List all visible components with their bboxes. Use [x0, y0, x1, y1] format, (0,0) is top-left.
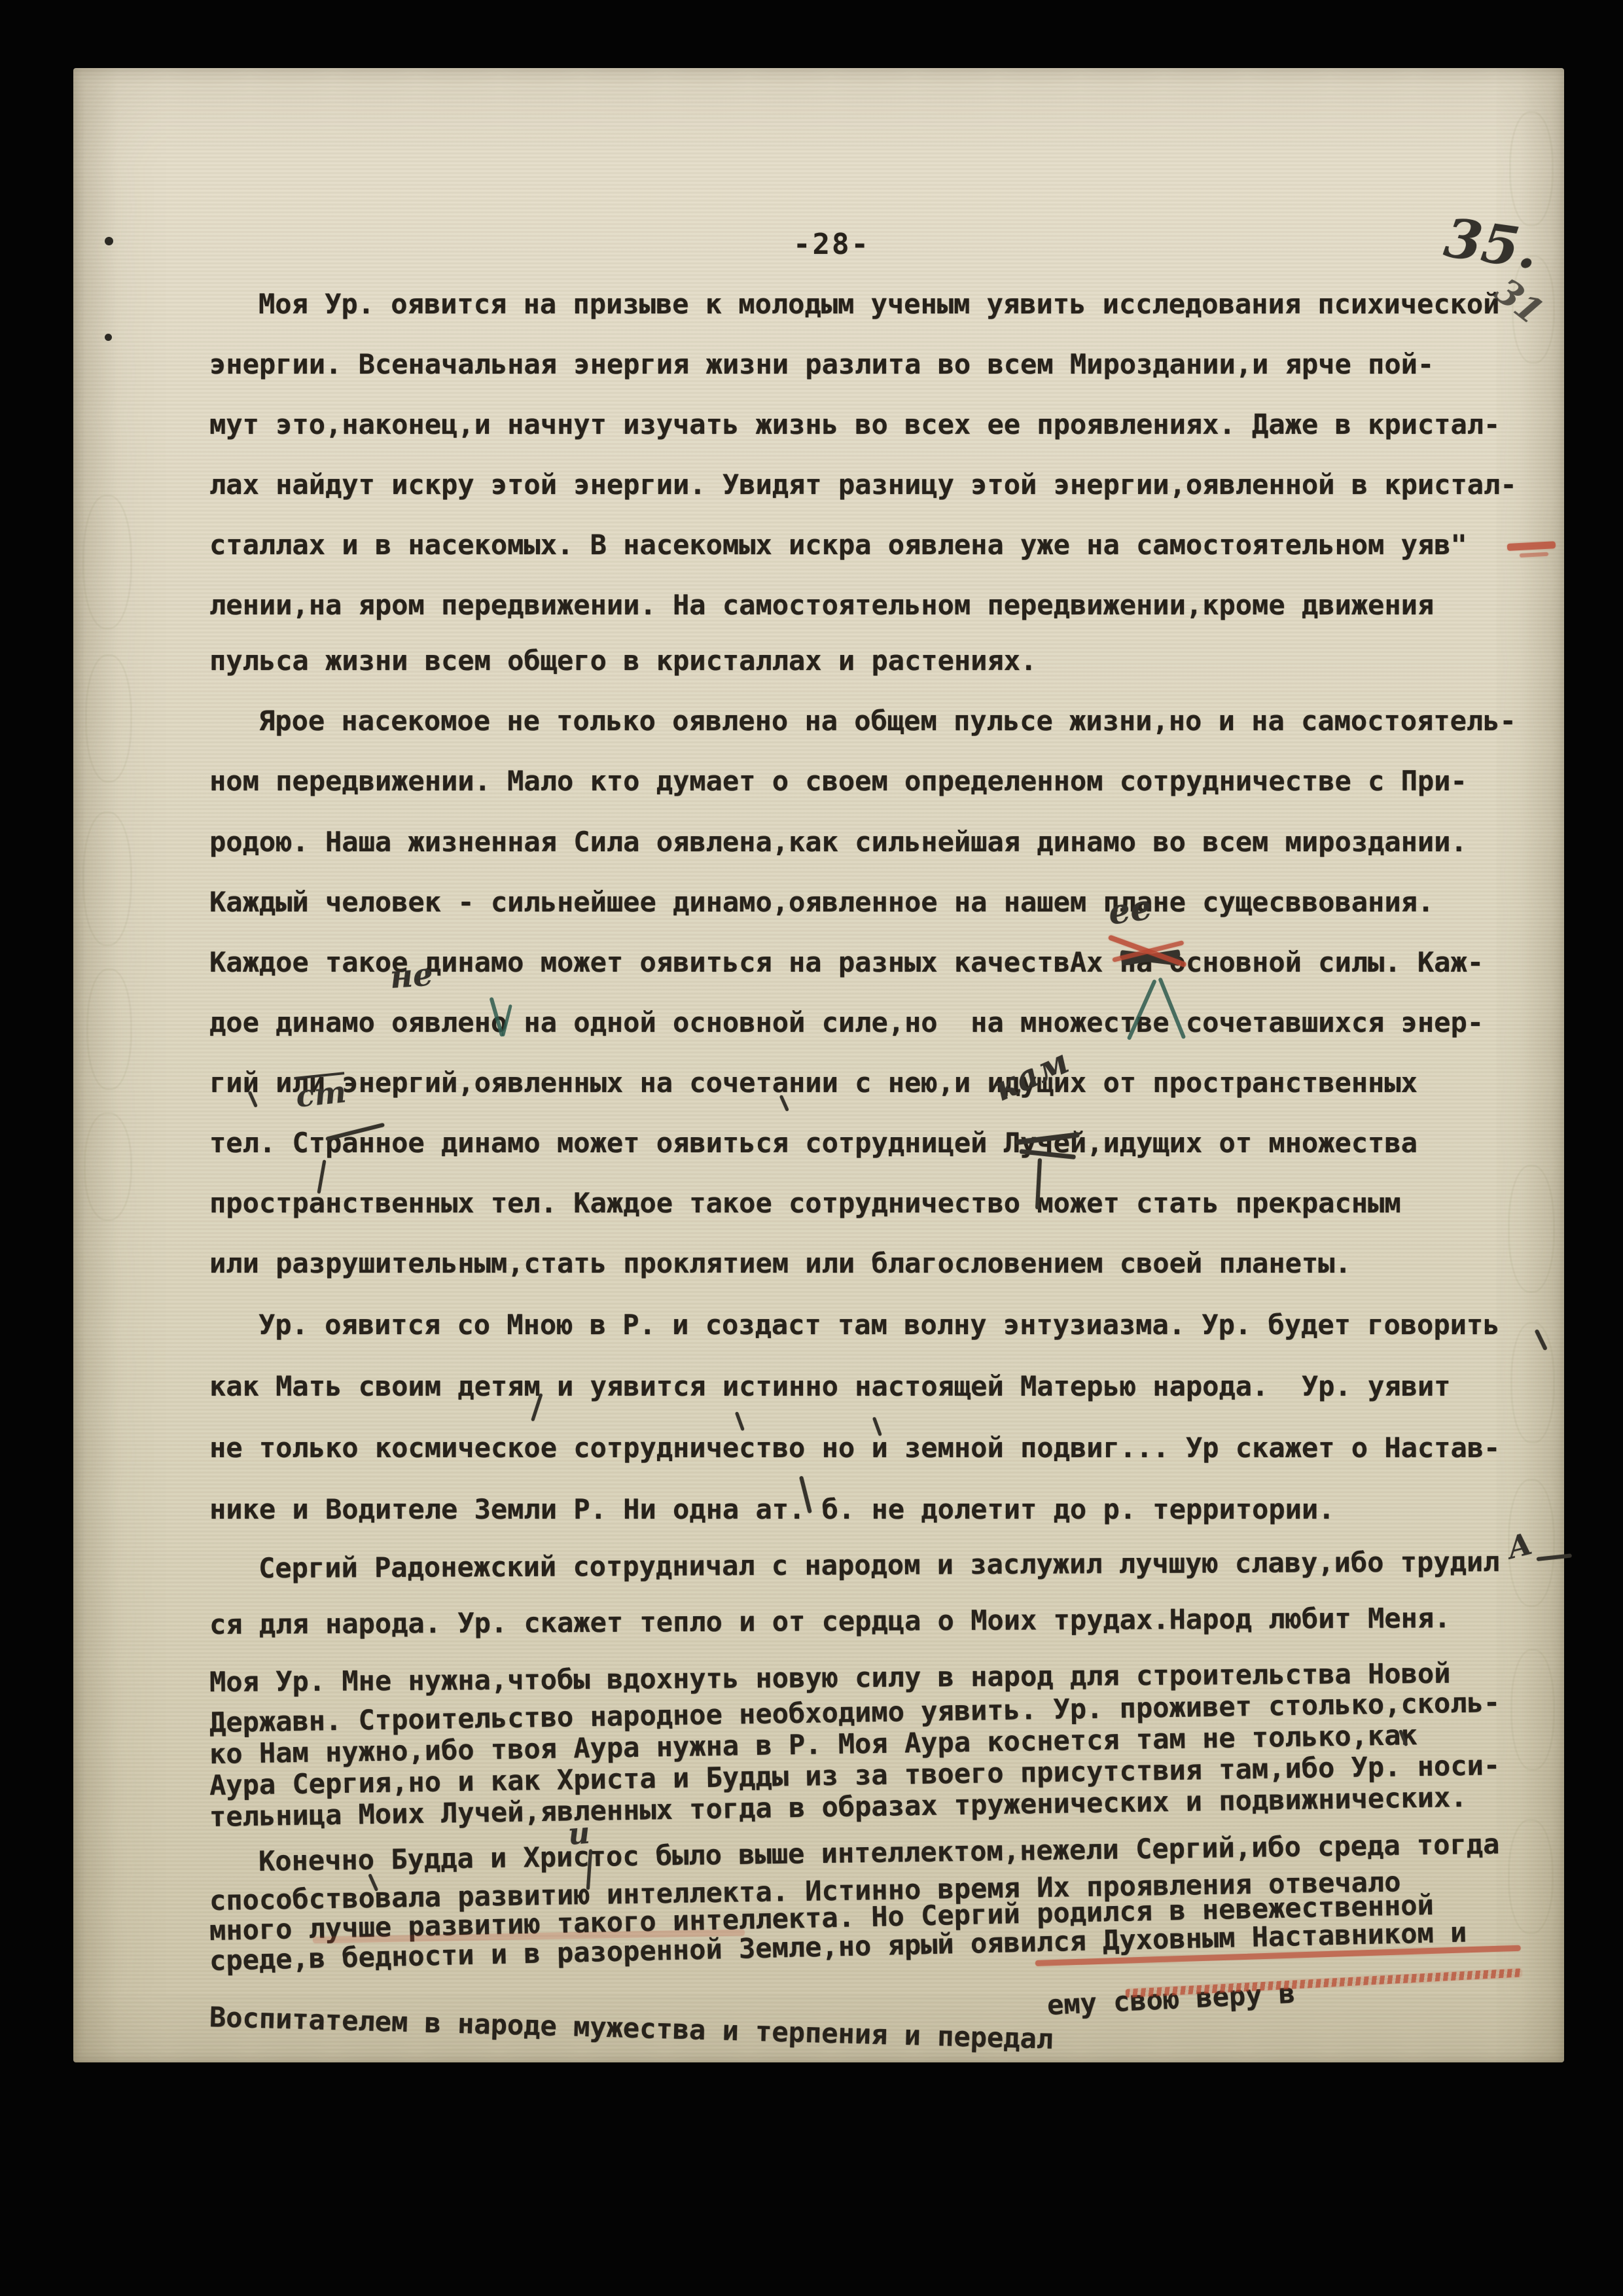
hw-correction-st: ст: [294, 1072, 348, 1112]
typed-line: Каждый человек - сильнейшее динамо,оявле…: [209, 886, 1434, 918]
typed-line: родою. Наша жизненная Сила оявлена,как с…: [209, 826, 1467, 858]
watermark-ghost: [1510, 1322, 1555, 1443]
watermark-ghost: [86, 968, 132, 1090]
watermark-ghost: [82, 811, 132, 946]
typed-line: лах найдут искру этой энергии. Увидят ра…: [209, 468, 1517, 501]
hw-correction-ee: ее: [1106, 891, 1154, 930]
watermark-ghost: [1508, 1165, 1555, 1293]
typed-line: Ярое насекомое не только оявлено на обще…: [259, 705, 1516, 737]
typed-line: не только космическое сотрудничество но …: [209, 1432, 1500, 1464]
typed-line: тел. Странное динамо может оявиться сотр…: [209, 1127, 1418, 1159]
typed-line: Моя Ур. оявится на призыве к молодым уче…: [259, 288, 1499, 320]
typed-line: ся для народа. Ур. скажет тепло и от сер…: [209, 1602, 1451, 1640]
typed-line: дое динамо оявлено на одной основной сил…: [209, 1006, 1484, 1038]
typed-line: Ур. оявится со Мною в Р. и создаст там в…: [259, 1309, 1499, 1341]
typed-line: пульса жизни всем общего в кристаллах и …: [209, 645, 1037, 677]
typed-line: Сергий Радонежский сотрудничал с народом…: [259, 1545, 1500, 1584]
watermark-ghost: [85, 654, 132, 783]
typed-line: как Мать своим детям и уявится истинно н…: [209, 1370, 1450, 1402]
watermark-ghost: [1510, 1649, 1555, 1771]
typed-line: ном передвижении. Мало кто думает о свое…: [209, 765, 1467, 797]
typed-line: сталлах и в насекомых. В насекомых искра…: [209, 529, 1467, 561]
margin-dot-1: [105, 237, 113, 245]
hw-page-note-35: 35.: [1441, 211, 1541, 277]
typed-line: нике и Водителе Земли Р. Ни одна ат. б. …: [209, 1493, 1334, 1525]
watermark-ghost: [82, 495, 132, 629]
watermark-ghost: [1509, 111, 1554, 226]
typed-line: пространственных тел. Каждое такое сотру…: [209, 1187, 1401, 1219]
hw-correction-byli: и: [567, 1818, 591, 1849]
typed-line: лении,на яром передвижении. На самостоят…: [209, 589, 1434, 621]
hw-insert-ne: не: [389, 959, 434, 993]
margin-dot-2: [105, 334, 112, 341]
typed-line: гий или энергий,оявленных на сочетании с…: [209, 1067, 1418, 1099]
page-number: -28-: [793, 228, 870, 261]
typed-line: мут это,наконец,и начнут изучать жизнь в…: [209, 408, 1500, 440]
watermark-ghost: [84, 1112, 132, 1221]
typed-line: или разрушительным,стать проклятием или …: [209, 1247, 1351, 1279]
typed-line: энергии. Всеначальная энергия жизни разл…: [209, 348, 1434, 380]
watermark-ghost: [1508, 1819, 1554, 1934]
